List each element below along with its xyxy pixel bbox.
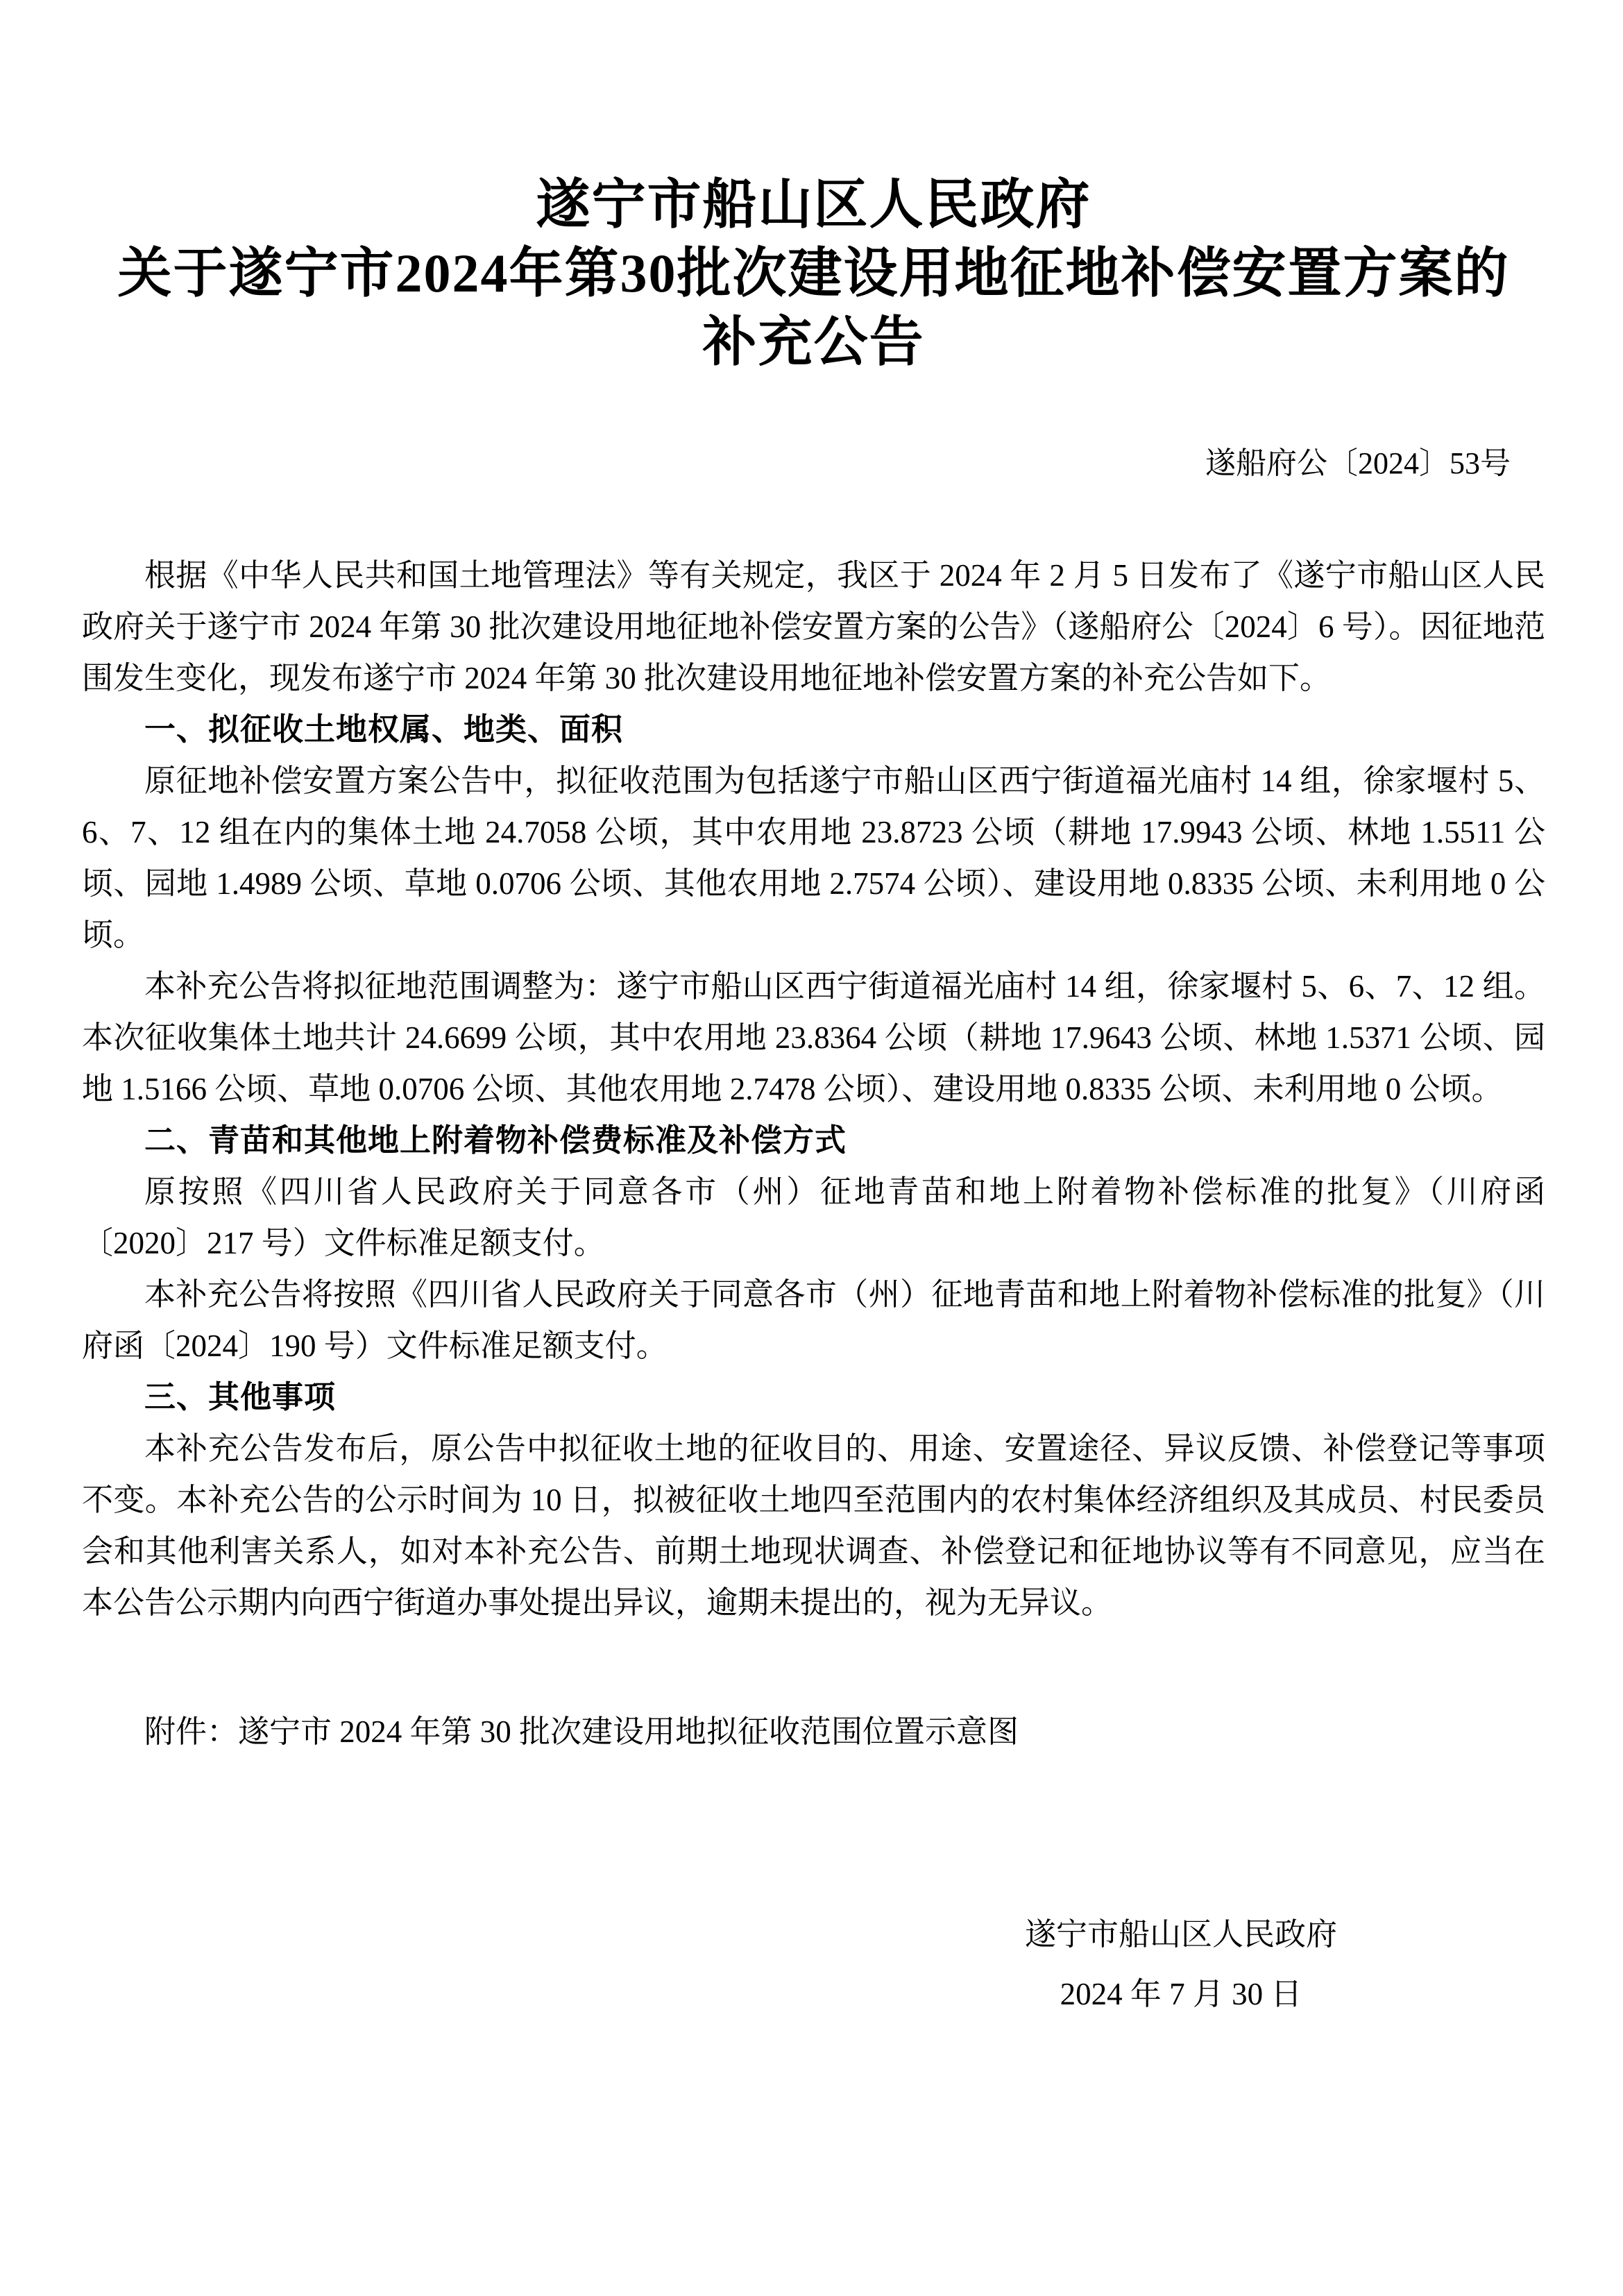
section-2-heading: 二、青苗和其他地上附着物补偿费标准及补偿方式	[82, 1115, 1545, 1166]
section-3-heading: 三、其他事项	[82, 1371, 1545, 1423]
document-number: 遂船府公〔2024〕53号	[82, 443, 1545, 484]
announcement-page: 遂宁市船山区人民政府 关于遂宁市2024年第30批次建设用地征地补偿安置方案的 …	[0, 0, 1623, 2296]
section-2-paragraph-1: 原按照《四川省人民政府关于同意各市（州）征地青苗和地上附着物补偿标准的批复》（川…	[82, 1166, 1545, 1269]
section-1-paragraph-2: 本补充公告将拟征地范围调整为：遂宁市船山区西宁街道福光庙村 14 组，徐家堰村 …	[82, 961, 1545, 1115]
title-line-1: 遂宁市船山区人民政府	[82, 170, 1545, 239]
document-title: 遂宁市船山区人民政府 关于遂宁市2024年第30批次建设用地征地补偿安置方案的 …	[82, 170, 1545, 376]
issue-date: 2024 年 7 月 30 日	[1025, 1964, 1337, 2024]
section-3-paragraph-1: 本补充公告发布后，原公告中拟征收土地的征收目的、用途、安置途径、异议反馈、补偿登…	[82, 1423, 1545, 1628]
signature-block: 遂宁市船山区人民政府 2024 年 7 月 30 日	[1025, 1905, 1337, 2024]
document-body: 根据《中华人民共和国土地管理法》等有关规定，我区于 2024 年 2 月 5 日…	[82, 550, 1545, 1628]
title-line-2: 关于遂宁市2024年第30批次建设用地征地补偿安置方案的	[82, 239, 1545, 307]
title-line-3: 补充公告	[82, 307, 1545, 376]
intro-paragraph: 根据《中华人民共和国土地管理法》等有关规定，我区于 2024 年 2 月 5 日…	[82, 550, 1545, 704]
issuer-name: 遂宁市船山区人民政府	[1025, 1905, 1337, 1964]
section-2-paragraph-2: 本补充公告将按照《四川省人民政府关于同意各市（州）征地青苗和地上附着物补偿标准的…	[82, 1269, 1545, 1371]
section-1-heading: 一、拟征收土地权属、地类、面积	[82, 704, 1545, 755]
attachment-note: 附件：遂宁市 2024 年第 30 批次建设用地拟征收范围位置示意图	[82, 1706, 1545, 1757]
section-1-paragraph-1: 原征地补偿安置方案公告中，拟征收范围为包括遂宁市船山区西宁街道福光庙村 14 组…	[82, 755, 1545, 961]
